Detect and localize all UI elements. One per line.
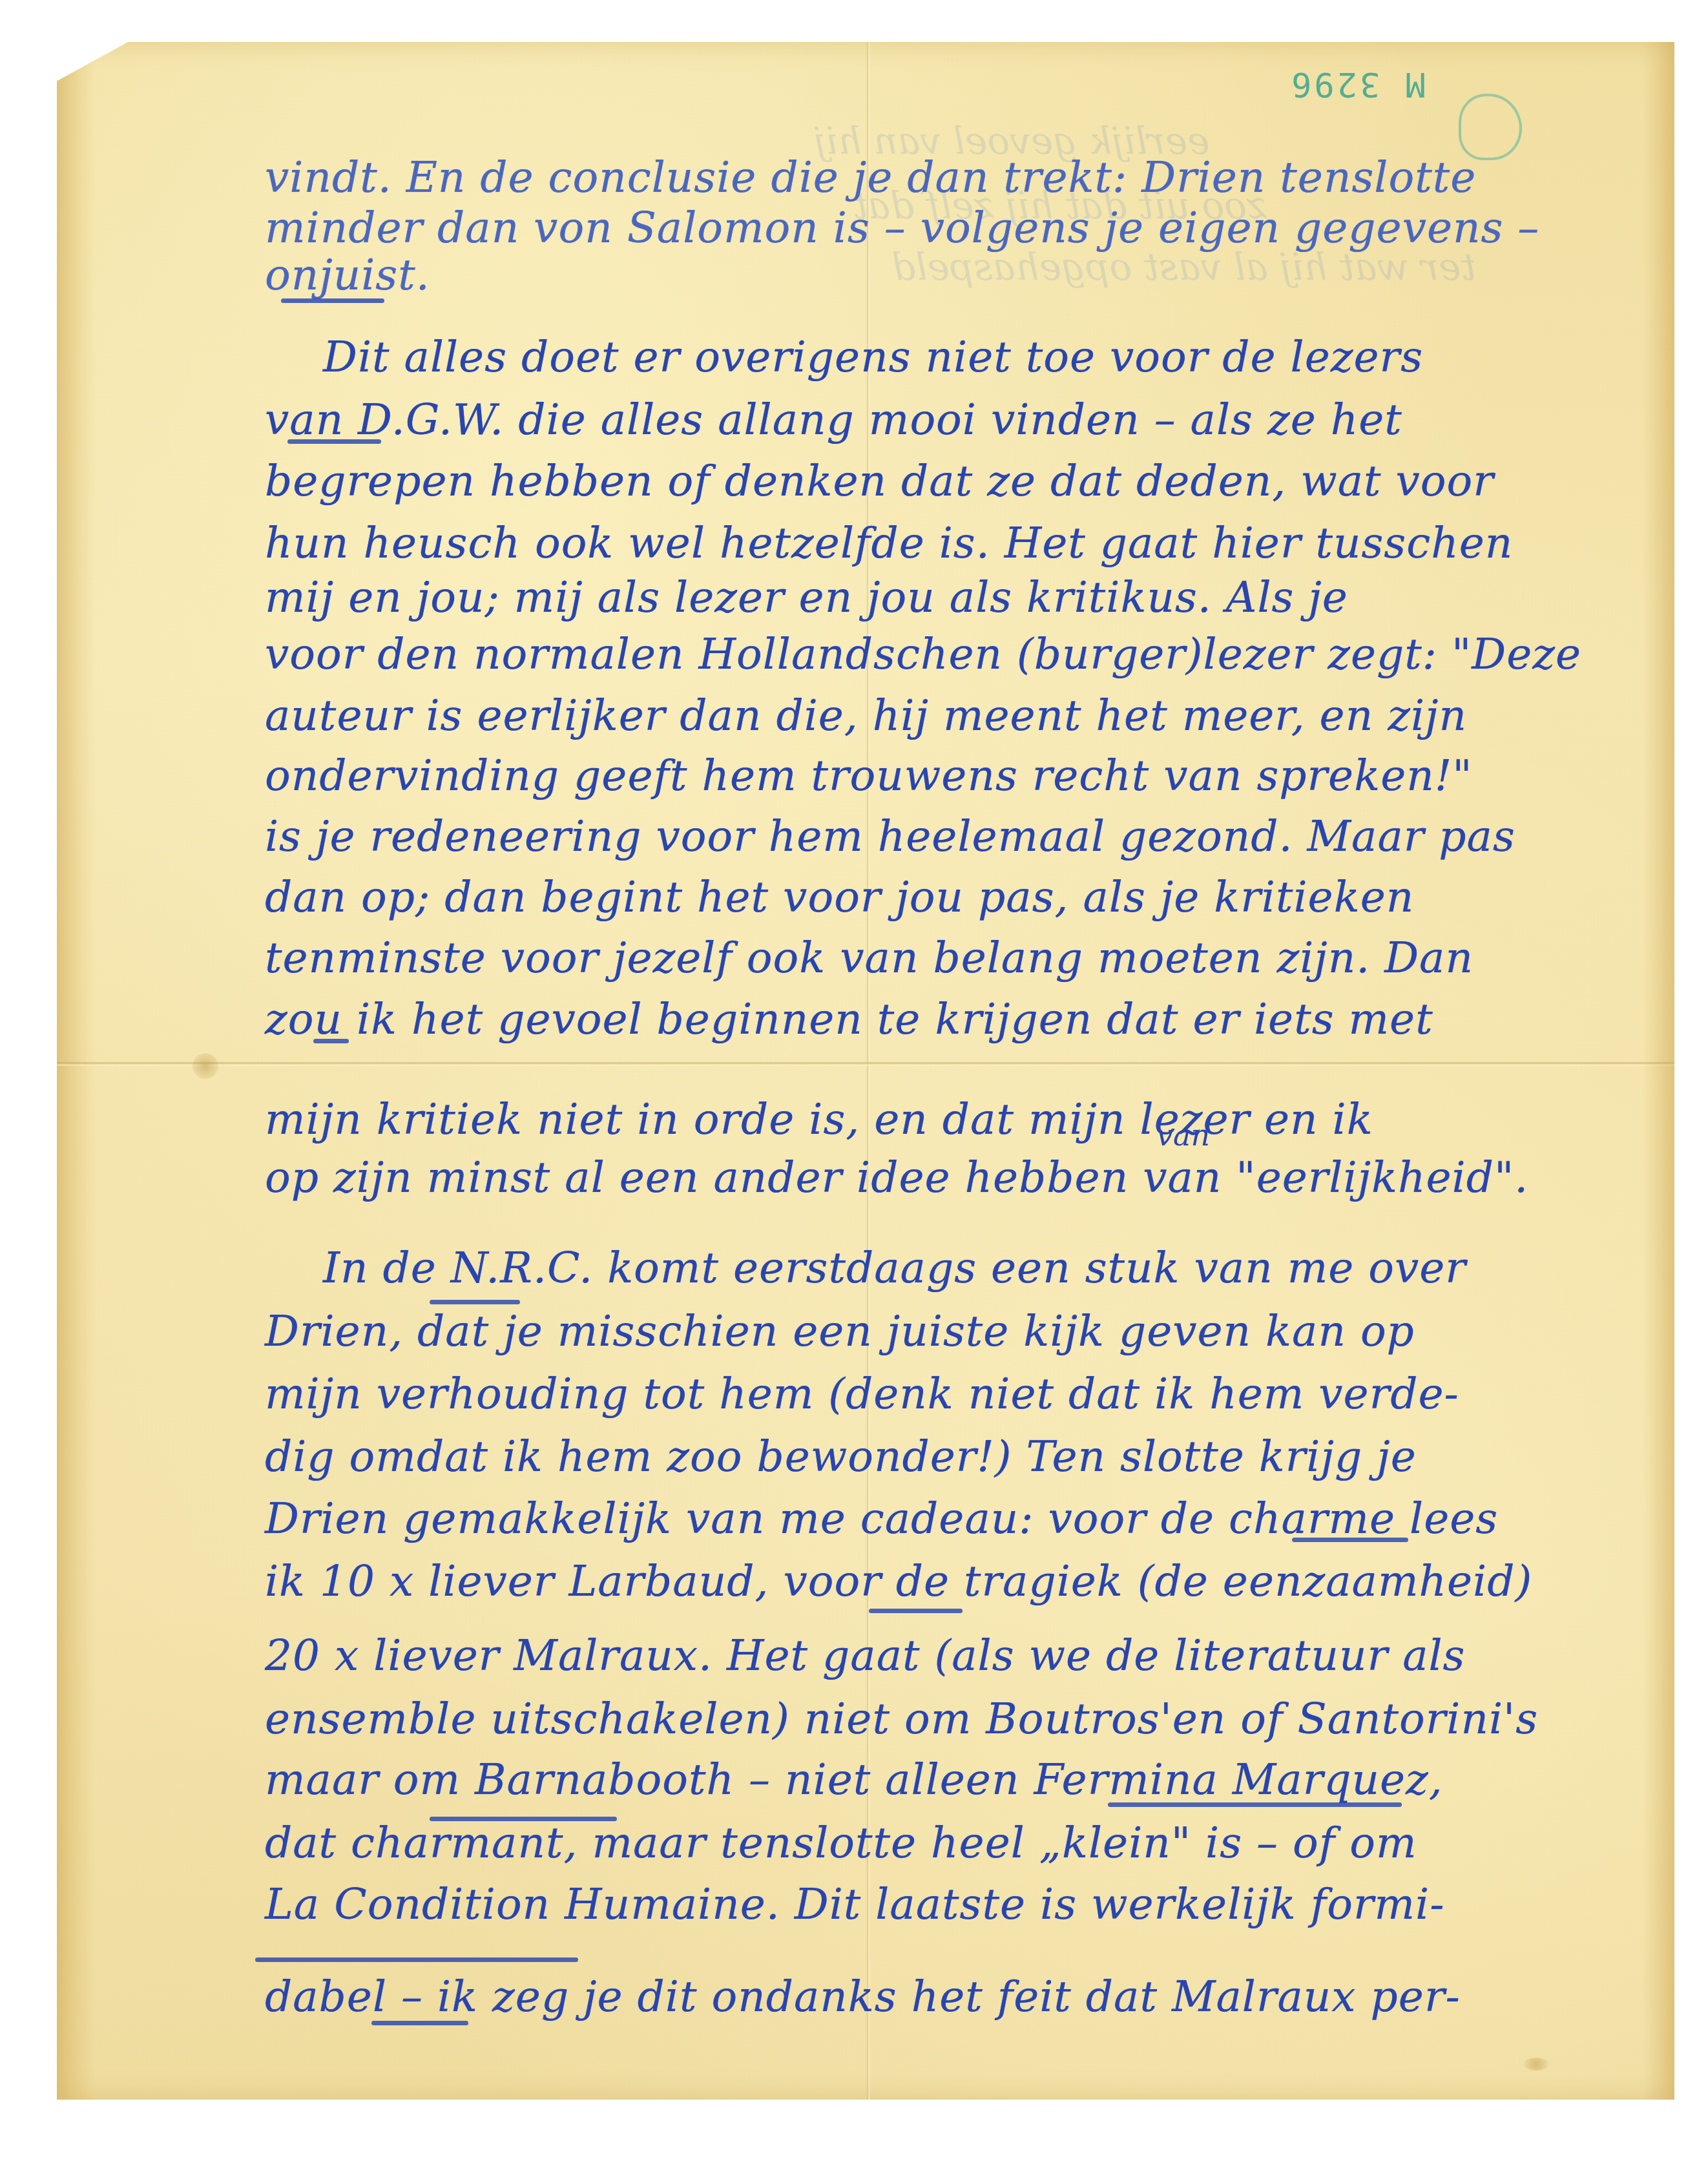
text-line: mijn verhouding tot hem (denk niet dat i… (265, 1373, 1459, 1415)
underline-ondanks (371, 2021, 468, 2025)
text-line: In de N.R.C. komt eerstdaags een stuk va… (323, 1247, 1466, 1289)
text-line: Drien gemakkelijk van me cadeau: voor de… (265, 1498, 1498, 1540)
underline-la-condition-humaine (255, 1957, 578, 1962)
text-line: onjuist. (265, 254, 430, 297)
text-line: mij en jou; mij als lezer en jou als kri… (265, 576, 1348, 619)
text-line: 20 x liever Malraux. Het gaat (als we de… (265, 1634, 1465, 1677)
text-line: zou ik het gevoel beginnen te krijgen da… (265, 998, 1433, 1041)
underline-charme (1292, 1538, 1408, 1542)
text-line: begrepen hebben of denken dat ze dat ded… (265, 460, 1494, 503)
text-line: dat charmant, maar tenslotte heel „klein… (265, 1822, 1417, 1864)
underline-fermina-marquez (1108, 1802, 1402, 1807)
text-line: ik 10 x liever Larbaud, voor de tragiek … (265, 1560, 1532, 1603)
text-line: hun heusch ook wel hetzelfde is. Het gaa… (265, 522, 1513, 565)
text-line: dabel – ik zeg je dit ondanks het feit d… (265, 1976, 1461, 2018)
text-line: maar om Barnabooth – niet alleen Fermina… (265, 1759, 1443, 1801)
text-line: op zijn minst al een ander idee hebben v… (265, 1156, 1528, 1199)
text-line: vindt. En de conclusie die je dan trekt:… (265, 156, 1476, 199)
text-line: auteur is eerlijker dan die, hij meent h… (265, 694, 1467, 737)
text-line: minder dan von Salomon is – volgens je e… (265, 207, 1539, 249)
underline-nrc (430, 1300, 520, 1304)
horizontal-fold-crease (57, 1061, 1674, 1067)
archive-stamp-number: M 3296 (1289, 65, 1426, 103)
text-line: Dit alles doet er overigens niet toe voo… (323, 336, 1423, 379)
text-line: Drien, dat je misschien een juiste kijk … (265, 1310, 1415, 1353)
text-line: is je redeneering voor hem heelemaal gez… (265, 815, 1515, 858)
text-line: dig omdat ik hem zoo bewonder!) Ten slot… (265, 1435, 1417, 1478)
paper-stain (1523, 2058, 1549, 2071)
archive-stamp-mark (1459, 94, 1522, 160)
text-line: dan op; dan begint het voor jou pas, als… (265, 876, 1414, 919)
underline-onjuist (281, 298, 384, 303)
text-line: La Condition Humaine. Dit laatste is wer… (265, 1883, 1445, 1926)
text-line: tenminste voor jezelf ook van belang moe… (265, 937, 1474, 979)
underline-dgw (287, 439, 381, 444)
text-line: van D.G.W. die alles allang mooi vinden … (265, 399, 1402, 441)
text-line: ensemble uitschakelen) niet om Boutros'e… (265, 1698, 1538, 1740)
underline-tragiek (869, 1609, 963, 1613)
underline-ik (313, 1039, 349, 1043)
text-line: ondervinding geeft hem trouwens recht va… (265, 755, 1473, 797)
inserted-correction: van (1156, 1118, 1210, 1153)
paper-stain (193, 1053, 218, 1079)
text-line: voor den normalen Hollandschen (burger)l… (265, 633, 1581, 676)
